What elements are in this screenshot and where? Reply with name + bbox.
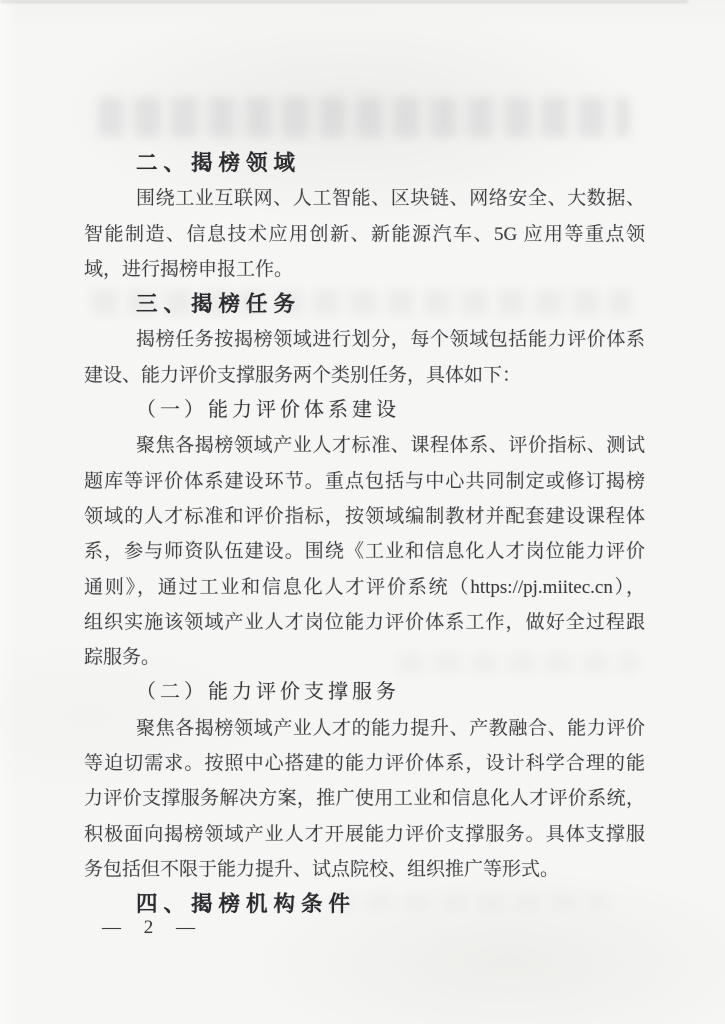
subsection-heading-2: （二）能力评价支撑服务 <box>84 675 645 710</box>
body-line: 系，参与师资队伍建设。围绕《工业和信息化人才岗位能力评价 <box>84 534 645 569</box>
scan-artifact-line <box>0 0 688 3</box>
body-line: 围绕工业互联网、人工智能、区块链、网络安全、大数据、 <box>84 181 645 216</box>
body-line: 务包括但不限于能力提升、试点院校、组织推广等形式。 <box>84 852 645 887</box>
body-line: 聚焦各揭榜领域产业人才标准、课程体系、评价指标、测试 <box>84 428 645 463</box>
document-body: 二、揭榜领域 围绕工业互联网、人工智能、区块链、网络安全、大数据、 智能制造、信… <box>84 146 645 923</box>
section-heading-3: 三、揭榜任务 <box>84 287 645 322</box>
bleedthrough-smudge <box>98 97 630 137</box>
body-line: 题库等评价体系建设环节。重点包括与中心共同制定或修订揭榜 <box>84 464 645 499</box>
body-line: 组织实施该领域产业人才岗位能力评价体系工作，做好全过程跟 <box>84 605 645 640</box>
body-line: 等迫切需求。按照中心搭建的能力评价体系，设计科学合理的能 <box>84 746 645 781</box>
body-line: 力评价支撑服务解决方案，推广使用工业和信息化人才评价系统， <box>84 781 645 816</box>
body-line-with-url: 通则》，通过工业和信息化人才评价系统（https://pj.miitec.cn）… <box>84 570 645 605</box>
body-line: 智能制造、信息技术应用创新、新能源汽车、5G 应用等重点领 <box>84 217 645 252</box>
subsection-heading-1: （一）能力评价体系建设 <box>84 393 645 428</box>
section-heading-2: 二、揭榜领域 <box>84 146 645 181</box>
body-line: 踪服务。 <box>84 640 645 675</box>
body-line: 揭榜任务按揭榜领域进行划分，每个领域包括能力评价体系 <box>84 322 645 357</box>
body-line: 领域的人才标准和评价指标，按领域编制教材并配套建设课程体 <box>84 499 645 534</box>
page-number: — 2 — <box>102 917 197 939</box>
body-line: 域，进行揭榜申报工作。 <box>84 252 645 287</box>
body-line: 积极面向揭榜领域产业人才开展能力评价支撑服务。具体支撑服 <box>84 817 645 852</box>
body-line: 聚焦各揭榜领域产业人才的能力提升、产教融合、能力评价 <box>84 711 645 746</box>
body-line: 建设、能力评价支撑服务两个类别任务，具体如下： <box>84 358 645 393</box>
document-page: 二、揭榜领域 围绕工业互联网、人工智能、区块链、网络安全、大数据、 智能制造、信… <box>0 0 725 1024</box>
